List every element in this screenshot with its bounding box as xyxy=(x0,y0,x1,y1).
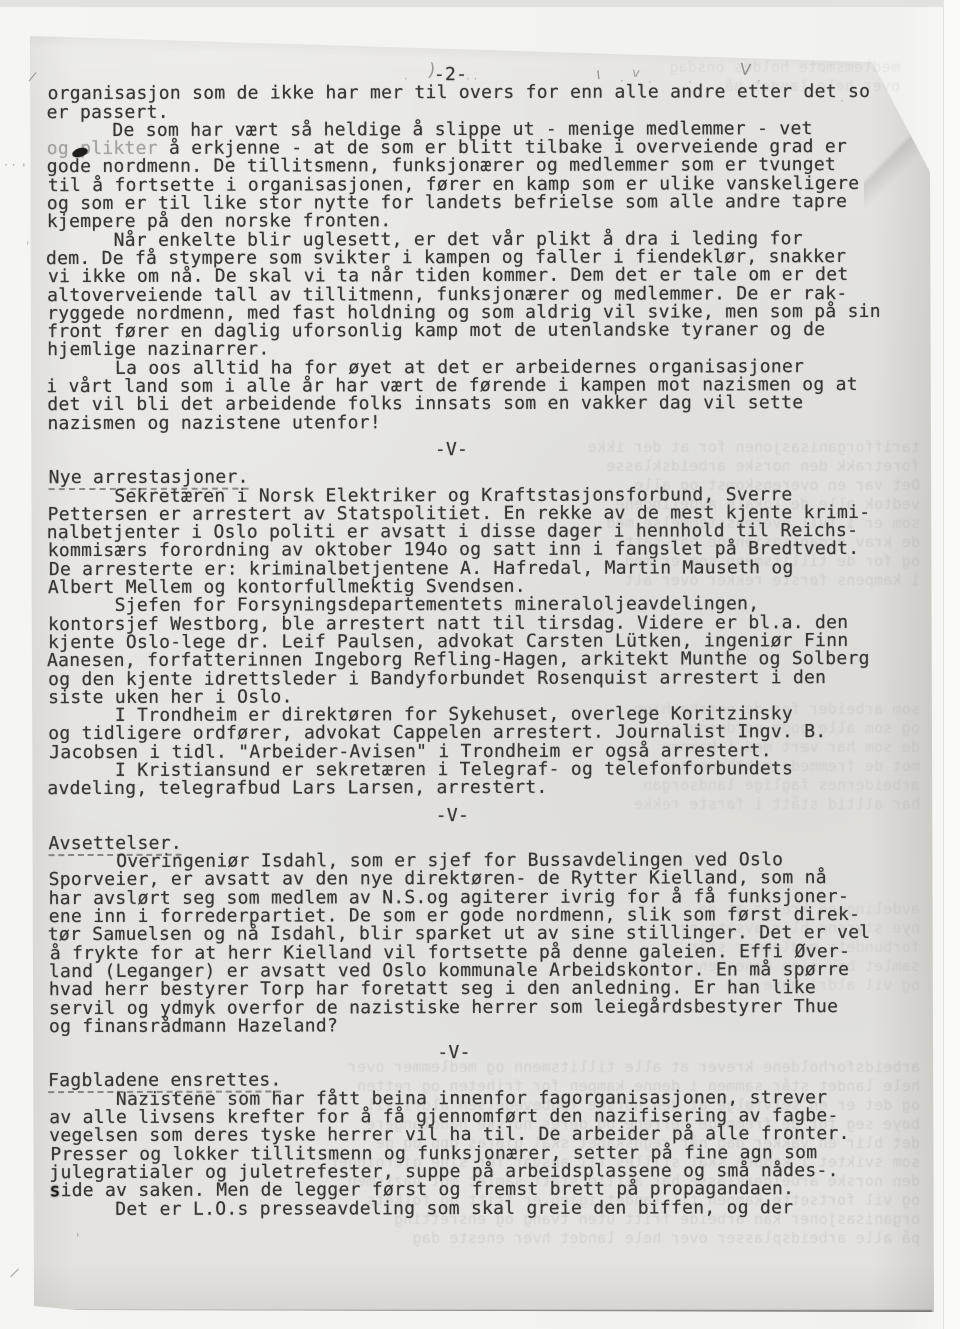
text-line: De arresterte er: kriminalbetjentene A. … xyxy=(49,559,897,580)
text-line: avdeling, telegrafbud Lars Larsen, arres… xyxy=(47,778,895,799)
document-body: -2-organisasjon som de ikke har mer til … xyxy=(46,65,897,1219)
section-heading-text: Nye arrestasjoner. xyxy=(49,467,249,491)
text-line: Det er L.O.s presseavdeling som skal gre… xyxy=(48,1198,896,1219)
scanner-edge-strip-right xyxy=(943,0,960,1329)
text-line: nalbetjenter i Oslo politi er avsatt i d… xyxy=(47,522,895,543)
text-line: organisasjon som de ikke har mer til ove… xyxy=(48,83,896,104)
section-separator: -V- xyxy=(48,805,896,826)
text-line: Jacobsen i tidl. "Arbeider-Avisen" i Tro… xyxy=(49,742,897,763)
pencil-mark: ˌ xyxy=(26,232,30,247)
section-separator: -V- xyxy=(50,1043,898,1064)
text-line: det vil bli det arbeidende folks innsats… xyxy=(47,394,895,415)
text-line: Presser og lokker tillitsmenn og funksjo… xyxy=(50,1144,898,1165)
pencil-mark: ' xyxy=(22,162,26,177)
text-line: Aanesen, forfatterinnen Ingeborg Refling… xyxy=(47,650,895,671)
text-line: vi ikke om nå. De skal vi ta når tiden k… xyxy=(48,266,896,287)
text-line: i vårt land som i alle år har vært de fø… xyxy=(46,376,894,397)
text-line: og finansrådmann Hazeland? xyxy=(49,1016,897,1037)
text-line: Overingeniør Isdahl, som er sjef for Bus… xyxy=(50,851,898,872)
text-line: nazismen og nazistene utenfor! xyxy=(47,413,895,434)
scanner-edge-strip xyxy=(0,0,960,7)
paper-bottom-edge xyxy=(34,1310,932,1314)
pencil-mark: · · xyxy=(4,158,15,172)
pencil-mark: / xyxy=(9,1266,20,1281)
text-line: å frykte for at herr Kielland vil fortse… xyxy=(50,943,898,964)
section-separator: -V- xyxy=(47,440,895,461)
section-heading: Nye arrestasjoner. xyxy=(49,467,897,488)
scan-background: medlemsmøte holdes onsdagover hele lande… xyxy=(0,0,960,1329)
section-heading: Fagbladene ensrettes. xyxy=(48,1070,896,1091)
section-heading-text: Fagbladene ensrettes. xyxy=(48,1070,282,1094)
text-line: til å fortsette i organisasjonen, fører … xyxy=(48,175,896,196)
text-line: De som har vært så heldige å slippe ut -… xyxy=(46,120,894,141)
